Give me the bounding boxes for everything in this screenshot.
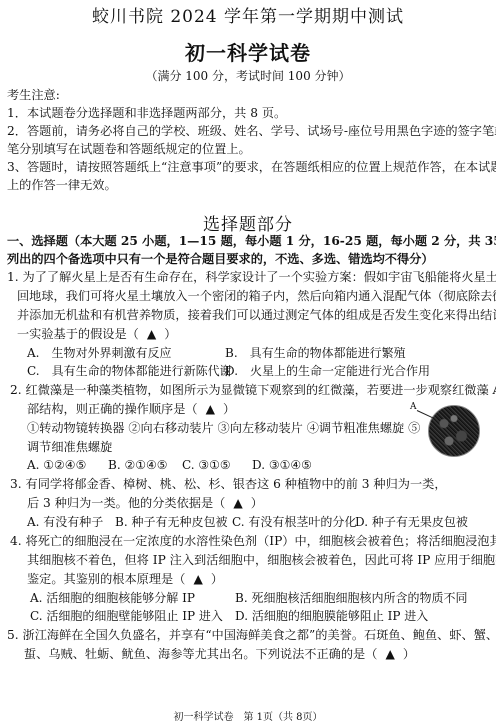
answer-marker-icon: ▲ <box>193 570 202 589</box>
notice-heading: 考生注意: <box>7 86 60 105</box>
question-5-text: 5. 浙江海鲜在全国久负盛名，并享有“中国海鲜美食之都”的美誉。石斑鱼、鲍鱼、虾… <box>7 626 496 645</box>
question-2-option-b: B. ②①④⑤ <box>108 456 167 475</box>
question-3-stem-end: 后 3 种归为一类。他的分类依据是（▲） <box>27 494 263 513</box>
question-1-stem-end: 一实验基于的假设是（▲） <box>17 325 176 344</box>
close-paren: ） <box>164 327 176 341</box>
notice-item: 上的作答一律无效。 <box>7 176 117 195</box>
question-1-text: 一实验基于的假设是（ <box>17 327 139 341</box>
question-1-option-b: B. 具有生命的物体都能进行繁殖 <box>225 344 406 363</box>
question-2-option-d: D. ③①④⑤ <box>252 456 312 475</box>
question-2-steps: 调节细准焦螺旋 <box>27 438 112 457</box>
question-5-text: 蜇、乌贼、牡蛎、鱿鱼、海参等尤其出名。下列说法不正确的是（ <box>24 647 377 661</box>
question-4-option-c: C. 活细胞的细胞壁能够阻止 IP 进入 <box>30 607 223 626</box>
question-4-stem-end: 鉴定。其鉴别的根本原理是（▲） <box>27 570 223 589</box>
question-4-text: 4. 将死亡的细胞浸在一定浓度的水溶性染色剂（IP）中，细胞核会被着色；将活细胞… <box>10 532 496 551</box>
notice-item: 笔分别填写在试题卷和答题纸规定的位置上。 <box>7 140 251 159</box>
question-2-option-a: A. ①②④⑤ <box>27 456 86 475</box>
question-1-option-c: C. 具有生命的物体都能进行新陈代谢 <box>27 362 232 381</box>
question-3-text: 后 3 种归为一类。他的分类依据是（ <box>27 496 225 510</box>
answer-marker-icon: ▲ <box>385 645 394 664</box>
paper-title: 初一科学试卷 <box>0 37 496 66</box>
close-paren: ） <box>223 402 235 416</box>
notice-item: 2．答题前，请务必将自己的学校、班级、姓名、学号、试场号-座位号用黑色字迹的签字… <box>7 122 496 141</box>
section-instructions: 列出的四个备选项中只有一个是符合题目要求的，不选、多选、错选均不得分） <box>7 250 434 269</box>
question-1-text: 并添加无机盐和有机营养物质，接着我们可以通过测定气体的组成是否发生变化来得出结论… <box>17 306 496 325</box>
question-2-steps: ①转动物镜转换器 ②向右移动装片 ③向左移动装片 ④调节粗准焦螺旋 ⑤ <box>27 419 420 438</box>
question-2-option-c: C. ③①⑤ <box>182 456 231 475</box>
red-microalgae-micrograph <box>428 405 480 457</box>
figure-pointer-line <box>417 410 434 419</box>
question-3-option-c: C. 有没有根茎叶的分化 <box>232 513 356 532</box>
question-3-option-a: A. 有没有种子 <box>27 513 103 532</box>
question-4-text: 鉴定。其鉴别的根本原理是（ <box>27 572 185 586</box>
section-instructions: 一、选择题（本大题 25 小题，1—15 题，每小题 1 分，16-25 题，每… <box>7 232 496 251</box>
question-2-stem-end: 部结构，则正确的操作顺序是（▲） <box>27 400 235 419</box>
close-paren: ） <box>403 647 415 661</box>
notice-item: 3、答题时，请按照答题纸上“注意事项”的要求，在答题纸相应的位置上规范作答，在本… <box>7 158 496 177</box>
question-1-option-d: D. 火星上的生命一定能进行光合作用 <box>225 362 430 381</box>
question-1-text: 回地球，我们可将火星土壤放入一个密闭的箱子内，然后向箱内通入混配气体（彻底除去微… <box>17 287 496 306</box>
question-4-text: 其细胞核不着色，但将 IP 注入到活细胞中，细胞核会被着色，因此可将 IP 应用… <box>27 551 496 570</box>
exam-subtitle: （满分 100 分，考试时间 100 分钟） <box>0 67 496 84</box>
question-4-option-b: B. 死细胞核活细胞细胞核内所含的物质不同 <box>235 589 467 608</box>
question-2-text: 2. 红微藻是一种藻类植物，如图所示为显微镜下观察到的红微藻，若要进一步观察红微… <box>10 381 496 400</box>
answer-marker-icon: ▲ <box>206 400 215 419</box>
answer-marker-icon: ▲ <box>233 494 242 513</box>
page-footer: 初一科学试卷 第 1页（共 8页） <box>0 708 496 723</box>
answer-marker-icon: ▲ <box>147 325 156 344</box>
notice-item: 1．本试题卷分选择题和非选择题两部分，共 8 页。 <box>7 104 286 123</box>
question-4-option-a: A. 活细胞的细胞核能够分解 IP <box>30 589 195 608</box>
question-3-text: 3. 有同学将郁金香、樟树、桃、松、杉、银杏这 6 种植物中的前 3 种归为一类… <box>10 475 447 494</box>
question-2-text: 部结构，则正确的操作顺序是（ <box>27 402 198 416</box>
question-1-option-a: A. 生物对外界刺激有反应 <box>27 344 171 363</box>
school-exam-title: 蛟川书院 2024 学年第一学期期中测试 <box>0 2 496 27</box>
question-4-option-d: D. 活细胞的细胞膜能够阻止 IP 进入 <box>235 607 428 626</box>
close-paren: ） <box>211 572 223 586</box>
figure-label-a: A <box>410 402 417 412</box>
question-5-stem-end: 蜇、乌贼、牡蛎、鱿鱼、海参等尤其出名。下列说法不正确的是（▲） <box>24 645 415 664</box>
close-paren: ） <box>251 496 263 510</box>
question-3-option-d: D. 种子有无果皮包被 <box>355 513 468 532</box>
question-1-text: 1. 为了了解火星上是否有生命存在，科学家设计了一个实验方案：假如宇宙飞船能将火… <box>7 268 496 287</box>
question-3-option-b: B. 种子有无种皮包被 <box>115 513 227 532</box>
